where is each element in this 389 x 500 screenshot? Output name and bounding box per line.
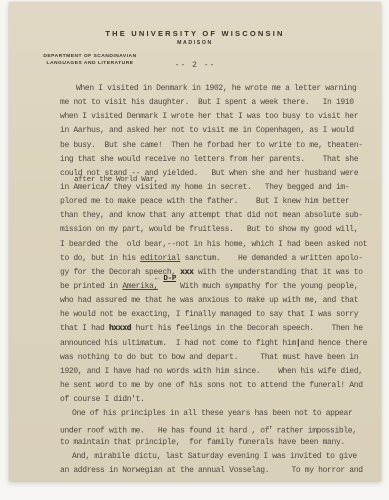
typed-line: than they, and know that any attempt tha… [60,209,378,223]
page-number: -- 2 -- [9,61,381,70]
typed-line: gy for the Decorah speech, xxx with the … [60,266,378,280]
typed-line: One of his principles in all these years… [60,407,378,421]
typed-line: ing that she would receive no letters fr… [60,153,378,167]
typed-line: an address in Norwegian at the annual Vo… [60,464,378,478]
typed-line: me not to visit his daughter. But I spen… [60,96,378,110]
typed-line: 1920, and I have had no words with him s… [60,365,378,379]
typed-line: who had assured me that he was anxious t… [60,294,378,308]
typed-line: be busy. But she came! Then he forbad he… [60,139,378,153]
typed-line: in Aarhus, and asked her not to visit me… [60,124,378,138]
typed-line: to maintain that principle, for family f… [60,436,378,450]
typed-line: And, mirabile dictu, last Saturday eveni… [60,450,378,464]
letter-paper: THE UNIVERSITY OF WISCONSIN MADISON DEPA… [9,2,381,481]
typed-line: of course I didn't. [60,393,378,407]
typed-line: when I visited Denmark I wrote her that … [60,110,378,124]
typed-line: announced his ultimatum. I had not come … [60,337,378,351]
typed-line: plored me to make peace with the father.… [60,195,378,209]
typed-line: was nothing to do but to bow and depart.… [60,351,378,365]
typed-line: be printed in Amerika, With much sympath… [60,280,378,294]
typed-line: to do, but in his editorial sanctum. He … [60,252,378,266]
typed-line: under roof with me. He has found it hard… [60,421,378,435]
letterhead-department-line1: DEPARTMENT OF SCANDINAVIAN [35,54,145,61]
letterhead-city: MADISON [9,40,381,46]
scanned-letter-page: { "colors": { "paper": "#dcd3bd", "backg… [0,0,389,500]
typed-line: he would not be exacting, I finally mana… [60,308,378,322]
typed-line: When I visited in Denmark in 1902, he wr… [60,82,378,96]
typed-letter-body: When I visited in Denmark in 1902, he wr… [60,82,378,478]
typed-line: he sent word to me by one of his sons no… [60,379,378,393]
typed-line: I bearded the old bear,--not in his home… [60,238,378,252]
letterhead-university-name: THE UNIVERSITY OF WISCONSIN [9,29,381,38]
typed-line: mission on my part, would be fruitless. … [60,223,378,237]
typed-line: that I had hxxxd hurt his feelings in th… [60,322,378,336]
